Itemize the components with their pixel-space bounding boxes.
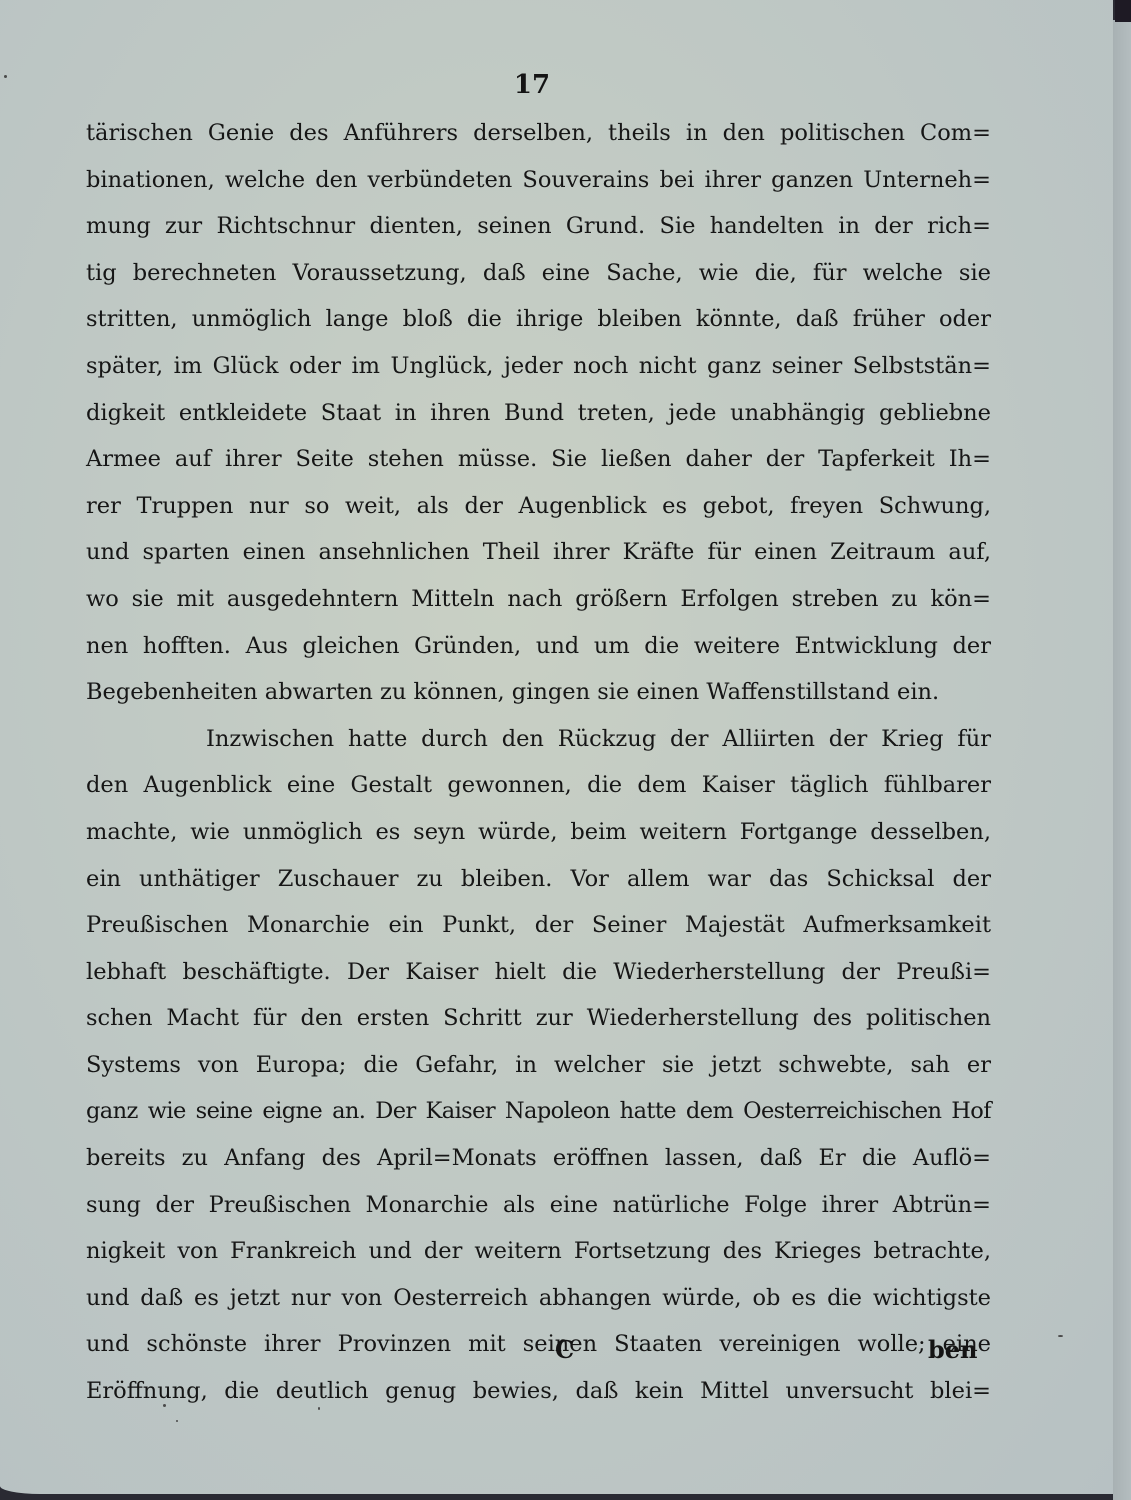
paragraph-end-line: Begebenheiten abwarten zu können, gingen… xyxy=(86,669,991,716)
text-line: stritten, unmöglich lange bloß die ihrig… xyxy=(86,296,991,343)
text-line: Preußischen Monarchie ein Punkt, der Sei… xyxy=(86,902,991,949)
body-text: tärischen Genie des Anführers derselben,… xyxy=(86,110,991,1415)
text-line: binationen, welche den verbündeten Souve… xyxy=(86,157,991,204)
paper-speck xyxy=(163,1404,166,1407)
page-edge-shadow xyxy=(1113,20,1131,1500)
paragraph-start-line: Inzwischen hatte durch den Rückzug der A… xyxy=(86,716,991,763)
text-line: nen hofften. Aus gleichen Gründen, und u… xyxy=(86,623,991,670)
text-line: mung zur Richtschnur dienten, seinen Gru… xyxy=(86,203,991,250)
paper-speck xyxy=(1058,1335,1063,1337)
paper-speck xyxy=(318,1407,320,1410)
signature-mark: C xyxy=(555,1335,574,1364)
paper-speck xyxy=(4,75,7,78)
text-line: nigkeit von Frankreich und der weitern F… xyxy=(86,1228,991,1275)
scan-background-corner xyxy=(1115,0,1131,22)
text-line: Eröffnung, die deutlich genug bewies, da… xyxy=(86,1368,991,1415)
text-line: tärischen Genie des Anführers derselben,… xyxy=(86,110,991,157)
text-line: digkeit entkleidete Staat in ihren Bund … xyxy=(86,390,991,437)
text-line: ein unthätiger Zuschauer zu bleiben. Vor… xyxy=(86,856,991,903)
text-line: machte, wie unmöglich es seyn würde, bei… xyxy=(86,809,991,856)
catchword: ben xyxy=(928,1335,978,1364)
text-line: und daß es jetzt nur von Oesterreich abh… xyxy=(86,1275,991,1322)
text-line: lebhaft beschäftigte. Der Kaiser hielt d… xyxy=(86,949,991,996)
text-line: schen Macht für den ersten Schritt zur W… xyxy=(86,995,991,1042)
text-line: den Augenblick eine Gestalt gewonnen, di… xyxy=(86,762,991,809)
text-line: rer Truppen nur so weit, als der Augenbl… xyxy=(86,483,991,530)
text-line: Systems von Europa; die Gefahr, in welch… xyxy=(86,1042,991,1089)
text-line: Armee auf ihrer Seite stehen müsse. Sie … xyxy=(86,436,991,483)
paper-speck xyxy=(176,1420,178,1422)
book-page: 17 tärischen Genie des Anführers derselb… xyxy=(0,0,1113,1494)
text-line: bereits zu Anfang des April=Monats eröff… xyxy=(86,1135,991,1182)
text-line: und sparten einen ansehnlichen Theil ihr… xyxy=(86,529,991,576)
page-number: 17 xyxy=(512,70,552,100)
text-line: wo sie mit ausgedehntern Mitteln nach gr… xyxy=(86,576,991,623)
text-line: später, im Glück oder im Unglück, jeder … xyxy=(86,343,991,390)
text-line: und schönste ihrer Provinzen mit seinen … xyxy=(86,1321,991,1368)
text-line: tig berechneten Voraussetzung, daß eine … xyxy=(86,250,991,297)
text-line: sung der Preußischen Monarchie als eine … xyxy=(86,1182,991,1229)
text-line: ganz wie seine eigne an. Der Kaiser Napo… xyxy=(86,1088,991,1135)
